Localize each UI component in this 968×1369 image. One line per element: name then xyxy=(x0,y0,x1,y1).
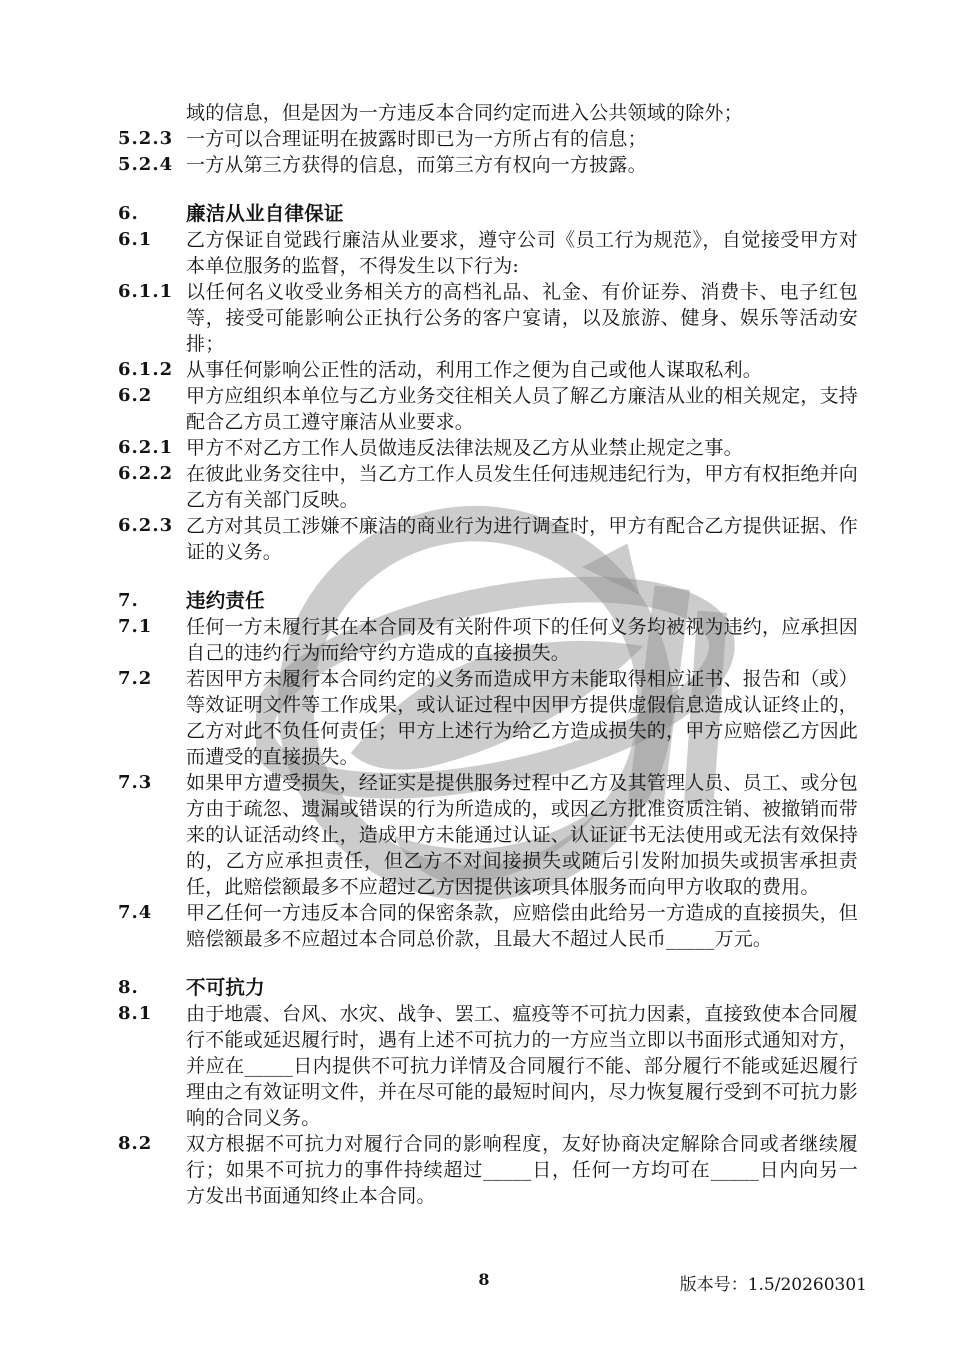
clause-6-1-1: 6.1.1 以任何名义收受业务相关方的高档礼品、礼金、有价证券、消费卡、电子红包… xyxy=(118,279,858,357)
clause-number: 7.2 xyxy=(118,666,186,692)
clause-number: 5.2.3 xyxy=(118,126,186,152)
clause-5-2-continuation: 域的信息，但是因为一方违反本合同约定而进入公共领域的除外； xyxy=(118,100,858,126)
clause-number: 6.2 xyxy=(118,383,186,409)
section-title: 不可抗力 xyxy=(186,975,858,1001)
clause-5-2-4: 5.2.4 一方从第三方获得的信息，而第三方有权向一方披露。 xyxy=(118,152,858,178)
clause-number: 7.4 xyxy=(118,900,186,926)
clause-number: 7.1 xyxy=(118,614,186,640)
clause-text: 如果甲方遭受损失，经证实是提供服务过程中乙方及其管理人员、员工、或分包方由于疏忽… xyxy=(186,770,858,900)
clause-text: 乙方保证自觉践行廉洁从业要求，遵守公司《员工行为规范》，自觉接受甲方对本单位服务… xyxy=(186,227,858,279)
section-number: 6. xyxy=(118,201,186,227)
section-title: 廉洁从业自律保证 xyxy=(186,201,858,227)
clause-6-2-3: 6.2.3 乙方对其员工涉嫌不廉洁的商业行为进行调查时，甲方有配合乙方提供证据、… xyxy=(118,513,858,565)
clause-7-3: 7.3 如果甲方遭受损失，经证实是提供服务过程中乙方及其管理人员、员工、或分包方… xyxy=(118,770,858,900)
clause-number: 6.1.1 xyxy=(118,279,186,305)
clause-number: 5.2.4 xyxy=(118,152,186,178)
version-label: 版本号：1.5/20260301 xyxy=(680,1270,867,1295)
clause-text: 甲方应组织本单位与乙方业务交往相关人员了解乙方廉洁从业的相关规定，支持配合乙方员… xyxy=(186,383,858,435)
clause-text: 域的信息，但是因为一方违反本合同约定而进入公共领域的除外； xyxy=(186,100,858,126)
clause-number: 8.2 xyxy=(118,1131,186,1157)
clause-6-1: 6.1 乙方保证自觉践行廉洁从业要求，遵守公司《员工行为规范》，自觉接受甲方对本… xyxy=(118,227,858,279)
clause-text: 由于地震、台风、水灾、战争、罢工、瘟疫等不可抗力因素，直接致使本合同履行不能或延… xyxy=(186,1001,858,1131)
clause-text: 若因甲方未履行本合同约定的义务而造成甲方未能取得相应证书、报告和（或）等效证明文… xyxy=(186,666,858,770)
clause-text: 甲方不对乙方工作人员做违反法律法规及乙方从业禁止规定之事。 xyxy=(186,435,858,461)
clause-number: 7.3 xyxy=(118,770,186,796)
clause-5-2-3: 5.2.3 一方可以合理证明在披露时即已为一方所占有的信息； xyxy=(118,126,858,152)
clause-text: 在彼此业务交往中，当乙方工作人员发生任何违规违纪行为，甲方有权拒绝并向乙方有关部… xyxy=(186,461,858,513)
clause-6-2-1: 6.2.1 甲方不对乙方工作人员做违反法律法规及乙方从业禁止规定之事。 xyxy=(118,435,858,461)
contract-page: { "doc": { "items": [ { "num": "", "text… xyxy=(0,0,968,1369)
clause-number: 6.2.1 xyxy=(118,435,186,461)
clause-6-2-2: 6.2.2 在彼此业务交往中，当乙方工作人员发生任何违规违纪行为，甲方有权拒绝并… xyxy=(118,461,858,513)
section-8-heading: 8. 不可抗力 xyxy=(118,975,858,1001)
clause-7-4: 7.4 甲乙任何一方违反本合同的保密条款，应赔偿由此给另一方造成的直接损失，但赔… xyxy=(118,900,858,952)
clause-text: 乙方对其员工涉嫌不廉洁的商业行为进行调查时，甲方有配合乙方提供证据、作证的义务。 xyxy=(186,513,858,565)
clause-text: 甲乙任何一方违反本合同的保密条款，应赔偿由此给另一方造成的直接损失，但赔偿额最多… xyxy=(186,900,858,952)
clause-number: 6.2.2 xyxy=(118,461,186,487)
section-7-heading: 7. 违约责任 xyxy=(118,588,858,614)
clause-6-2: 6.2 甲方应组织本单位与乙方业务交往相关人员了解乙方廉洁从业的相关规定，支持配… xyxy=(118,383,858,435)
section-title: 违约责任 xyxy=(186,588,858,614)
clause-text: 任何一方未履行其在本合同及有关附件项下的任何义务均被视为违约，应承担因自己的违约… xyxy=(186,614,858,666)
section-6-heading: 6. 廉洁从业自律保证 xyxy=(118,201,858,227)
clause-text: 一方从第三方获得的信息，而第三方有权向一方披露。 xyxy=(186,152,858,178)
clause-8-2: 8.2 双方根据不可抗力对履行合同的影响程度，友好协商决定解除合同或者继续履行；… xyxy=(118,1131,858,1209)
clause-text: 双方根据不可抗力对履行合同的影响程度，友好协商决定解除合同或者继续履行；如果不可… xyxy=(186,1131,858,1209)
clause-number: 8.1 xyxy=(118,1001,186,1027)
clause-7-1: 7.1 任何一方未履行其在本合同及有关附件项下的任何义务均被视为违约，应承担因自… xyxy=(118,614,858,666)
clause-6-1-2: 6.1.2 从事任何影响公正性的活动，利用工作之便为自己或他人谋取私利。 xyxy=(118,357,858,383)
clause-8-1: 8.1 由于地震、台风、水灾、战争、罢工、瘟疫等不可抗力因素，直接致使本合同履行… xyxy=(118,1001,858,1131)
clause-text: 从事任何影响公正性的活动，利用工作之便为自己或他人谋取私利。 xyxy=(186,357,858,383)
clause-number: 6.1 xyxy=(118,227,186,253)
clause-text: 一方可以合理证明在披露时即已为一方所占有的信息； xyxy=(186,126,858,152)
clause-7-2: 7.2 若因甲方未履行本合同约定的义务而造成甲方未能取得相应证书、报告和（或）等… xyxy=(118,666,858,770)
contract-body: 域的信息，但是因为一方违反本合同约定而进入公共领域的除外； 5.2.3 一方可以… xyxy=(118,100,858,1209)
clause-text: 以任何名义收受业务相关方的高档礼品、礼金、有价证券、消费卡、电子红包等，接受可能… xyxy=(186,279,858,357)
section-number: 7. xyxy=(118,588,186,614)
clause-number: 6.2.3 xyxy=(118,513,186,539)
section-number: 8. xyxy=(118,975,186,1001)
clause-number: 6.1.2 xyxy=(118,357,186,383)
